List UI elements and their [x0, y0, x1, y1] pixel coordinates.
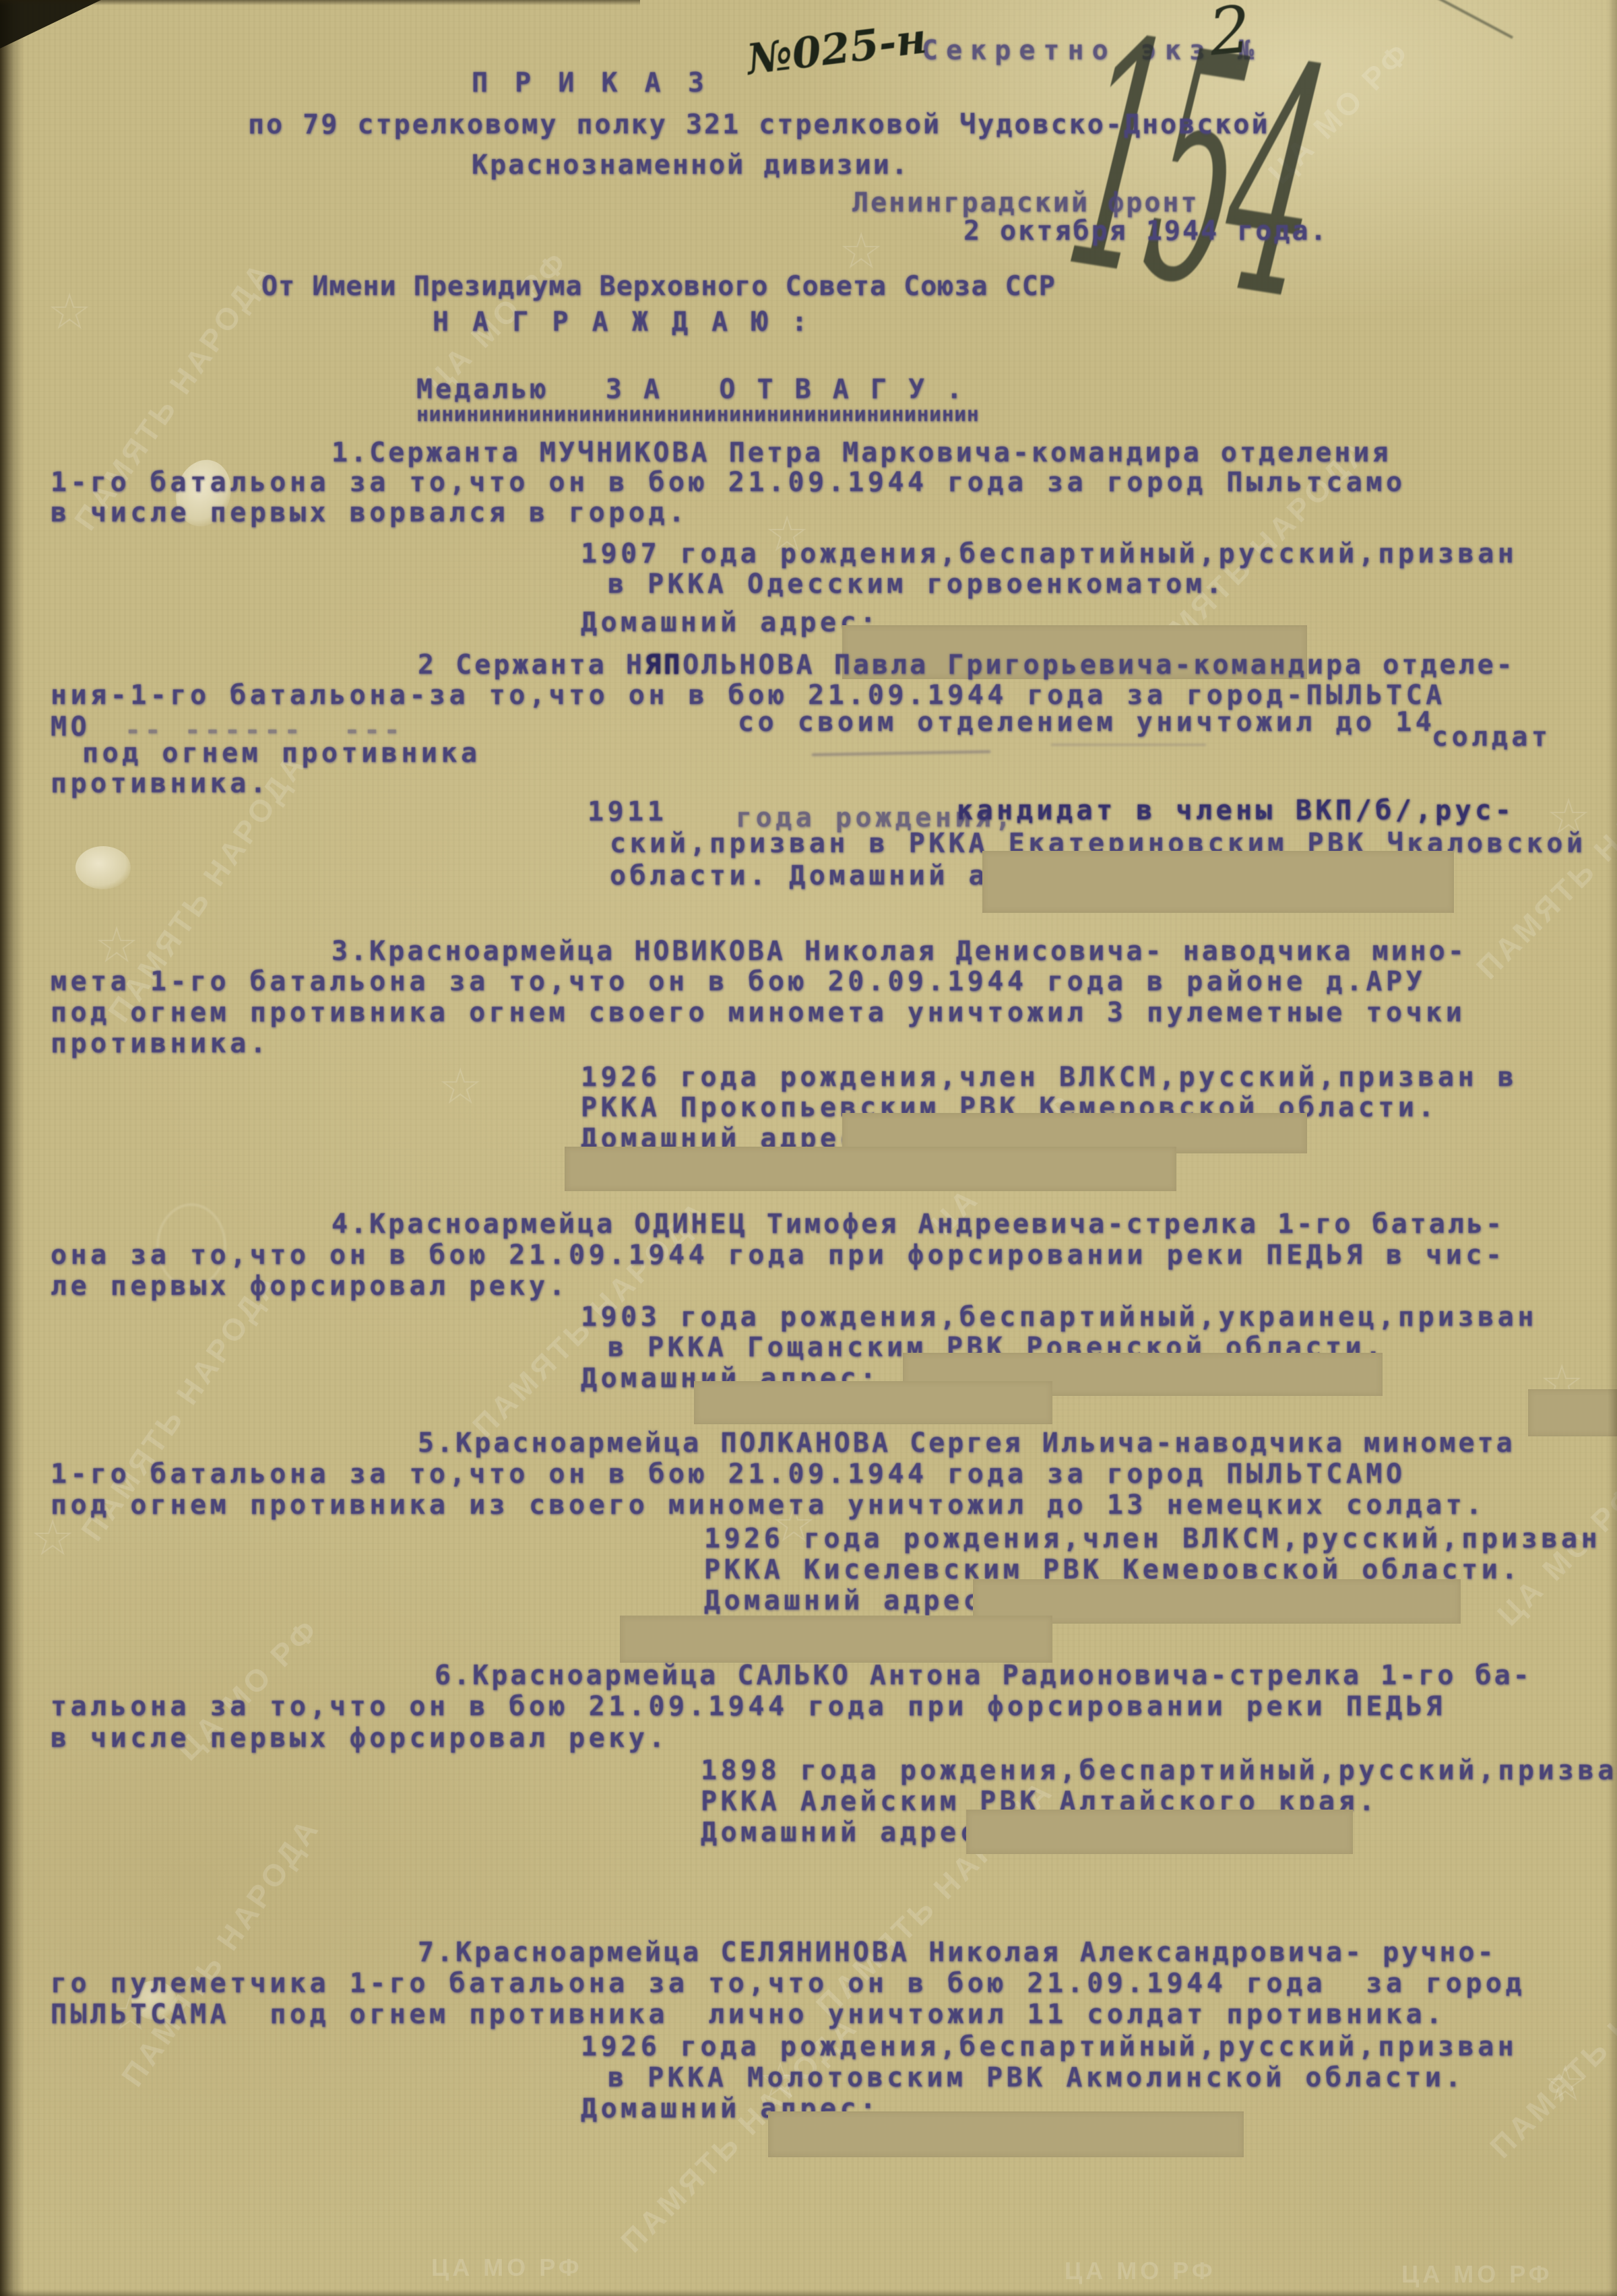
- entry-3-detail-1: 1926 года рождения,член ВЛКСМ,русский,пр…: [581, 1064, 1517, 1091]
- redaction-box: [966, 1810, 1353, 1854]
- entry-7-line-1: 7.Красноармейца СЕЛЯНИНОВА Николая Алекс…: [418, 1939, 1496, 1966]
- entry-6-detail-1: 1898 года рождения,беспартийный,русский,…: [701, 1757, 1617, 1784]
- entry-3-line-1: 3.Красноармейца НОВИКОВА Николая Денисов…: [331, 938, 1467, 965]
- order-title: П Р И К А З: [472, 69, 709, 96]
- entry-2-detail-1c: кандидат в члены ВКП/б/,рус-: [957, 797, 1515, 824]
- entry-1-line-1: 1.Сержанта МУЧНИКОВА Петра Марковича-ком…: [331, 439, 1391, 466]
- archive-watermark: ЦА МО РФ: [431, 2254, 583, 2282]
- entry-2-line-1-end: ОЛЬНОВА Павла Григорьевича-командира отд…: [683, 649, 1515, 680]
- redaction-box: [620, 1616, 1052, 1663]
- entry-7-line-2: го пулеметчика 1-го батальона за то,что …: [51, 1970, 1525, 1997]
- entry-7-detail-1: 1926 года рождения,беспартийный,русский,…: [581, 2033, 1517, 2060]
- entry-2-line-5: противника.: [51, 770, 269, 797]
- entry-6-line-2: тальона за то,что он в бою 21.09.1944 го…: [51, 1693, 1446, 1720]
- entry-5-line-2: 1-го батальона за то,что он в бою 21.09.…: [51, 1461, 1406, 1488]
- entry-4-line-1: 4.Красноармейца ОДИНЕЦ Тимофея Андреевич…: [331, 1211, 1504, 1238]
- entry-4-detail-1: 1903 года рождения,беспартийный,украинец…: [581, 1304, 1537, 1331]
- entry-5-detail-1: 1926 года рождения,член ВЛКСМ,русский,пр…: [704, 1525, 1617, 1552]
- entry-2-line-3c: солдат: [1432, 724, 1552, 751]
- strikethrough-mark: [1051, 744, 1206, 746]
- scan-edge-left: [0, 0, 24, 2296]
- memory-watermark: ПАМЯТЬ НАРОДА: [1469, 734, 1617, 986]
- entry-6-line-3: в числе первых форсировал реку.: [51, 1725, 668, 1752]
- star-watermark: ☆: [438, 1058, 482, 1116]
- entry-7-line-3: ПЫЛЬТСАМА под огнем противника лично уни…: [51, 2001, 1446, 2028]
- star-watermark: ☆: [47, 283, 92, 341]
- entry-2-line-3a: МО: [51, 713, 90, 740]
- entry-2-detail-year: 1911: [588, 798, 667, 825]
- medal-heading: Медалью З А О Т В А Г У .: [416, 376, 965, 403]
- redaction-box: [1528, 1389, 1617, 1436]
- memory-watermark: ПАМЯТЬ НАРОДА: [114, 1810, 327, 2093]
- entry-2-name-overtype: ЯП: [645, 649, 683, 680]
- page-number-pencil: 154: [1058, 27, 1331, 314]
- pencil-slash: [1411, 0, 1513, 39]
- archive-watermark: ЦА МО РФ: [1065, 2257, 1216, 2285]
- entry-1-detail-1: 1907 года рождения,беспартийный,русский,…: [581, 540, 1517, 567]
- entry-1-line-3: в числе первых ворвался в город.: [51, 499, 689, 526]
- entry-5-line-1: 5.Красноармейца ПОЛКАНОВА Сергея Ильича-…: [418, 1430, 1515, 1457]
- preamble-line: От Имени Президиума Верховного Совета Со…: [261, 273, 1056, 300]
- entry-1-detail-3: Домашний адрес:: [581, 609, 880, 636]
- entry-2-line-1-start: 2 Сержанта Н: [418, 649, 645, 680]
- award-heading: Н А Г Р А Ж Д А Ю :: [433, 309, 811, 336]
- scan-edge-top: [0, 0, 640, 5]
- entry-2-line-3b: со своим отделением уничтожил до 14: [738, 709, 1435, 736]
- star-watermark: ☆: [1543, 2055, 1587, 2113]
- entry-3-line-4: противника.: [51, 1030, 269, 1057]
- entry-6-detail-3: Домашний адрес:: [701, 1819, 1000, 1846]
- order-number-handwritten: №025-н: [745, 22, 928, 77]
- entry-5-detail-3: Домашний адрес:: [704, 1587, 1003, 1614]
- paper-damage-spot: [75, 846, 131, 889]
- entry-2-line-4: под огнем противника: [82, 740, 481, 767]
- entry-1-line-2: 1-го батальона за то,что он в бою 21.09.…: [51, 469, 1406, 496]
- scanned-order-page: ПАМЯТЬ НАРОДА ПАМЯТЬ НАРОДА ПАМЯТЬ НАРОД…: [0, 0, 1617, 2296]
- entry-3-line-2: мета 1-го батальона за то,что он в бою 2…: [51, 968, 1426, 995]
- scan-edge-bottom: [0, 2289, 1617, 2296]
- entry-7-detail-2: в РККА Молотовским РВК Акмолинской облас…: [608, 2064, 1465, 2091]
- strikethrough-mark: [812, 751, 990, 757]
- entry-4-line-3: ле первых форсировал реку.: [51, 1273, 569, 1300]
- entry-4-line-2: она за то,что он в бою 21.09.1944 года п…: [51, 1242, 1506, 1269]
- scan-corner-top-left: [0, 0, 101, 49]
- order-unit-line-2: Краснознаменной дивизии.: [472, 152, 910, 179]
- scan-edge-right: [1608, 0, 1617, 2296]
- archive-watermark: ЦА МО РФ: [1401, 2260, 1553, 2289]
- entry-3-line-3: под огнем противника огнем своего миноме…: [51, 999, 1465, 1026]
- order-unit-line-1: по 79 стрелковому полку 321 стрелковой Ч…: [248, 111, 1270, 138]
- order-date: 2 октября 1944 года.: [963, 218, 1329, 245]
- redaction-box: [768, 2111, 1244, 2157]
- entry-2-line-2: ния-1-го батальона-за то,что он в бою 21…: [51, 682, 1446, 709]
- medal-underline: нининининининининининининининининининини…: [416, 405, 979, 425]
- redaction-box: [694, 1381, 1052, 1424]
- entry-6-line-1: 6.Красноармейца САЛЬКО Антона Радионович…: [435, 1662, 1532, 1689]
- redaction-box: [982, 851, 1454, 913]
- redaction-box: [565, 1147, 1176, 1191]
- front-label: Ленинградский фронт: [852, 189, 1199, 216]
- entry-2-line-1: 2 Сержанта НЯПОЛЬНОВА Павла Григорьевича…: [418, 651, 1515, 678]
- entry-5-line-3: под огнем противника из своего миномета …: [51, 1492, 1486, 1519]
- entry-1-detail-2: в РККА Одесским горвоенкоматом.: [608, 571, 1226, 598]
